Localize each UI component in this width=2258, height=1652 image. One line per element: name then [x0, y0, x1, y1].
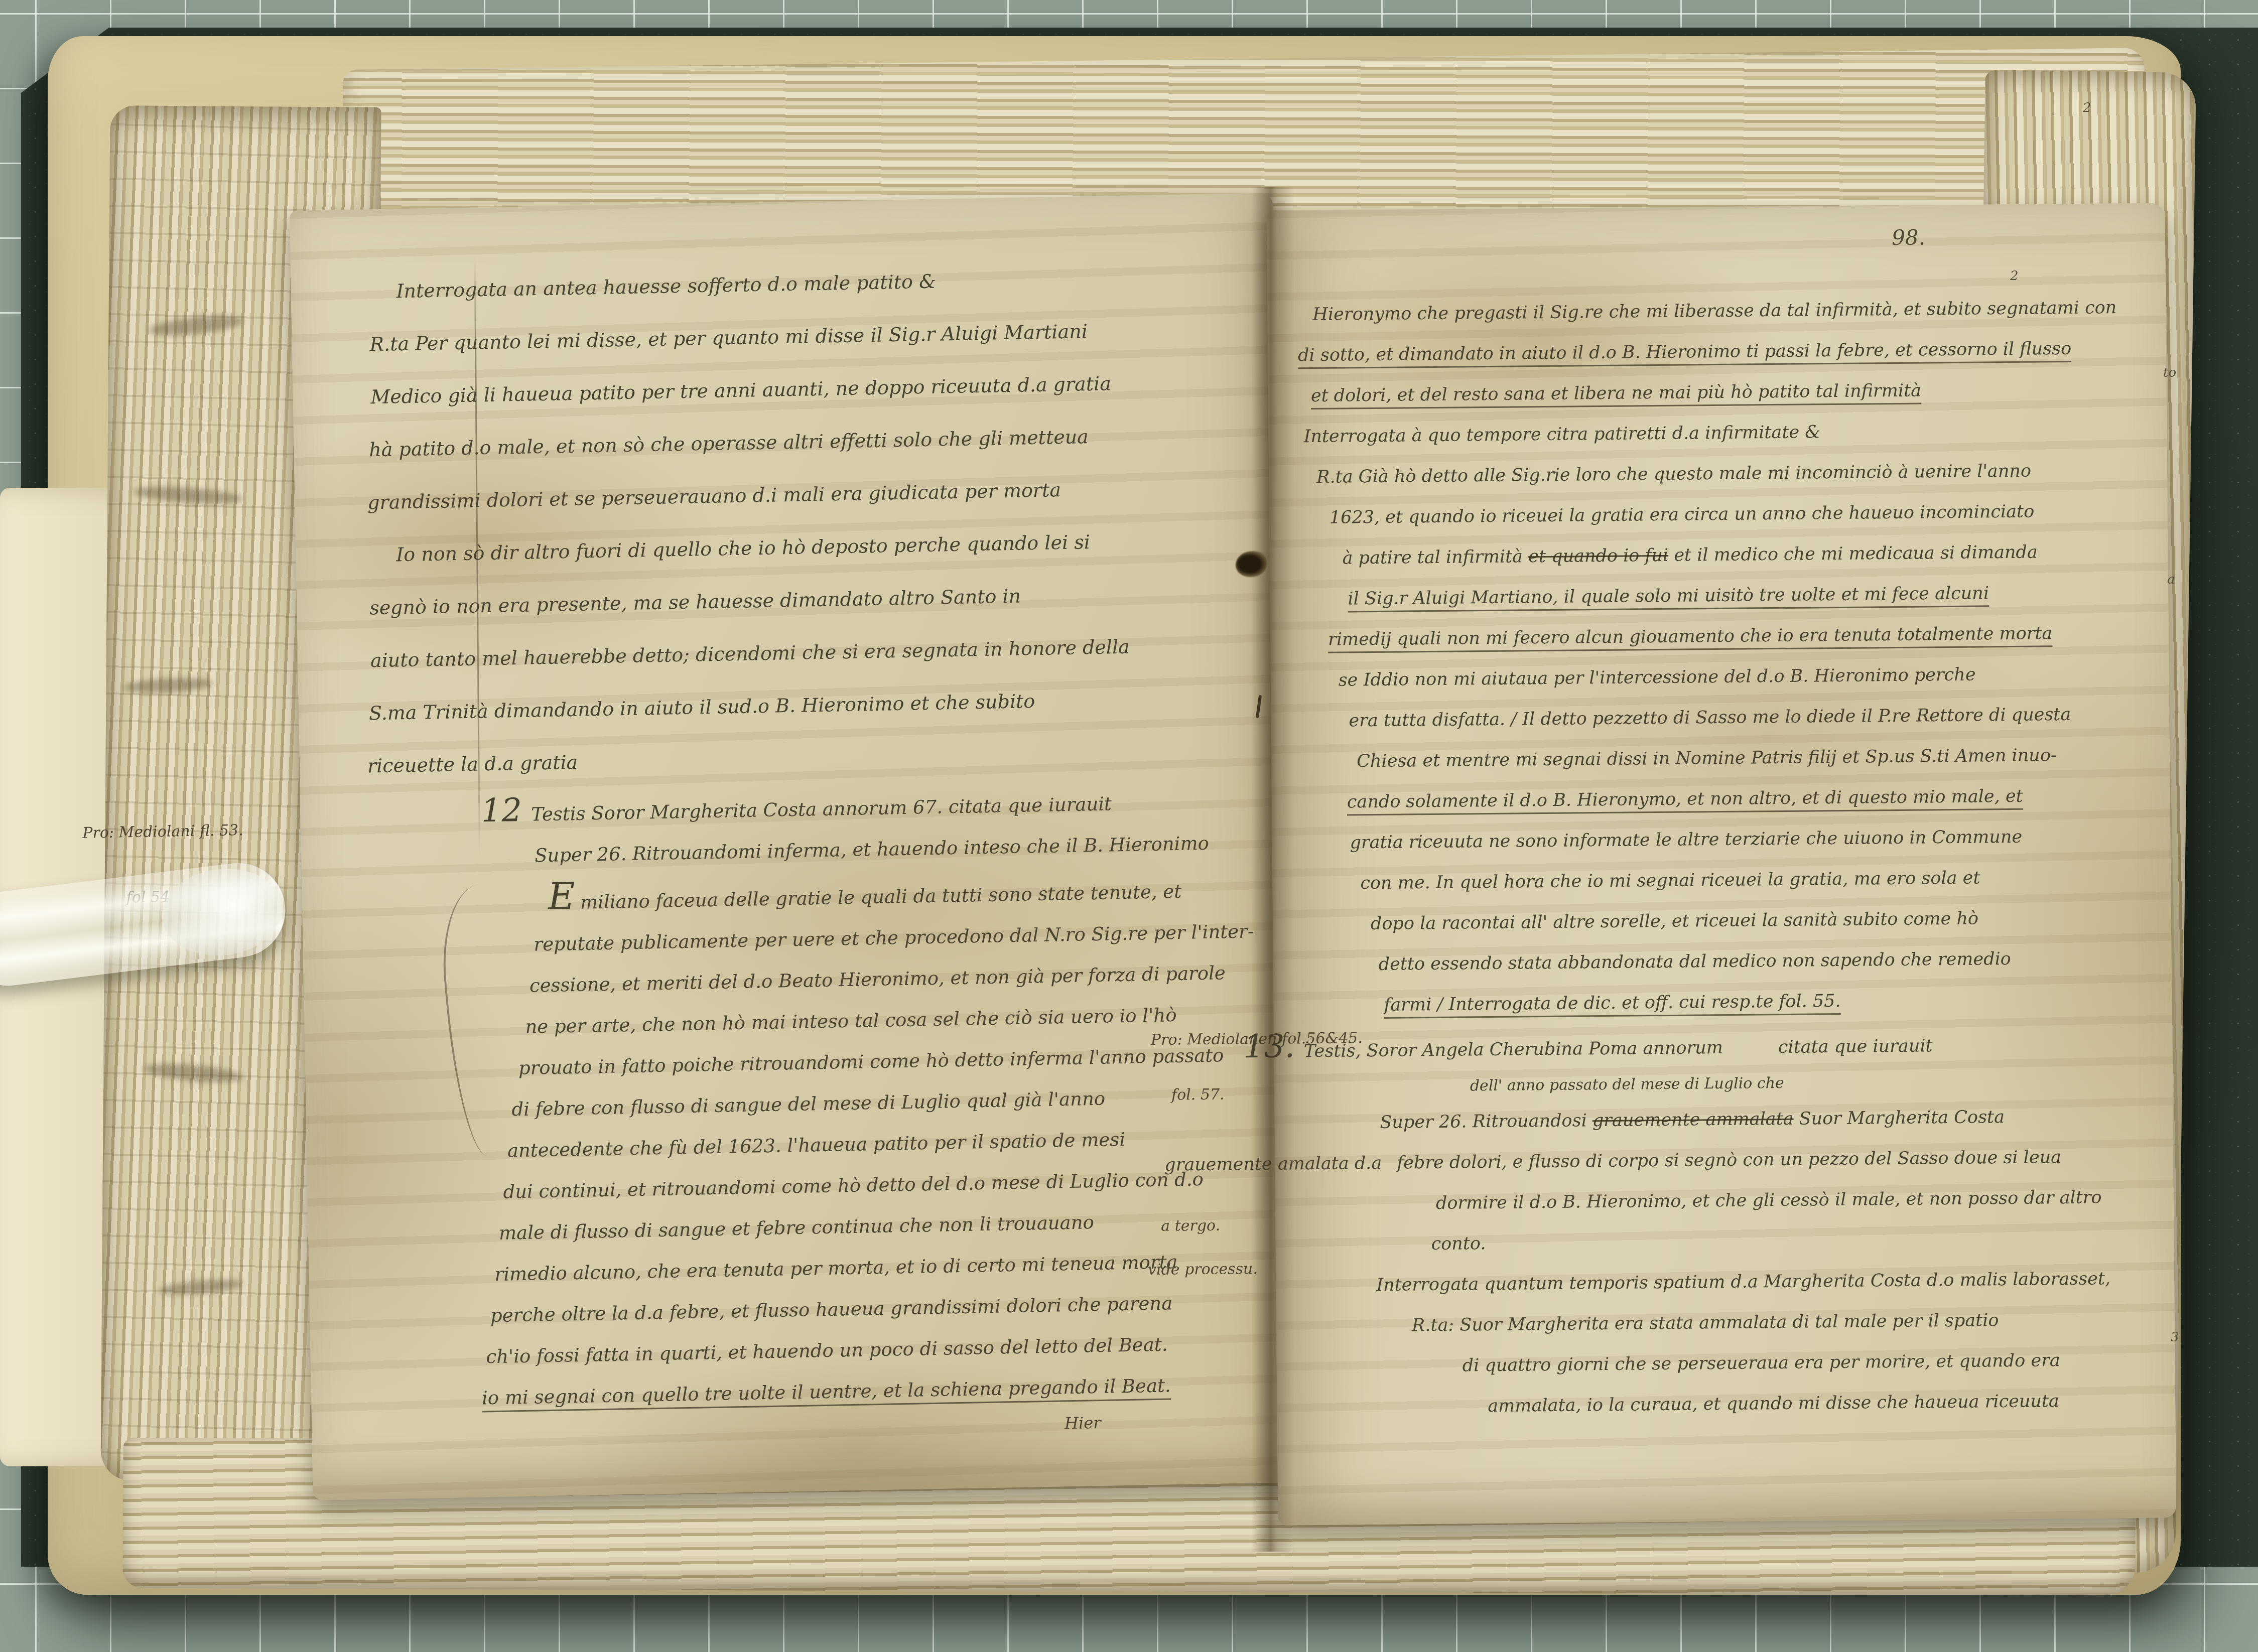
margin-note-fol53: Pro: Mediolani fl. 53.	[82, 821, 243, 842]
manuscript-line: con me. In quel hora che io mi segnai ri…	[1360, 856, 2171, 904]
manuscript-line: Super 26. Ritrouandosi grauemente ammala…	[1380, 1095, 2173, 1143]
heading-text: Testis, Soror Angela Cherubina Poma anno…	[1304, 1038, 1723, 1061]
section-heading-13: 13.Testis, Soror Angela Cherubina Poma a…	[1244, 1019, 2173, 1072]
line-text: Suor Margherita Costa	[1793, 1107, 2005, 1129]
margin-note-a-tergo: a tergo.	[1161, 1217, 1220, 1235]
manuscript-line: 1623, et quando io riceuei la gratia era…	[1330, 490, 2168, 538]
heading-text: Testis Soror Margherita Costa annorum 67…	[531, 793, 1112, 825]
manuscript-line: di sotto, et dimandato in aiuto il d.o B…	[1298, 328, 2167, 376]
left-page-text: Interrogata an antea hauesse sofferto d.…	[290, 193, 1295, 1422]
manuscript-line: di quattro giorni che se perseueraua era…	[1462, 1339, 2175, 1386]
manuscript-line: R.ta Già hò detto alle Sig.rie loro che …	[1316, 450, 2168, 498]
manuscript-line: rimedij quali non mi fecero alcun giouam…	[1328, 612, 2169, 660]
line-text: Super 26. Ritrouandosi	[1380, 1111, 1592, 1133]
manuscript-line: Interrogata quantum temporis spatium d.a…	[1376, 1258, 2175, 1306]
edge-mark: 2	[2083, 100, 2091, 115]
manuscript-line: conto.	[1431, 1217, 2174, 1265]
section-number: 12	[481, 792, 522, 830]
manuscript-line: cando solamente il d.o B. Hieronymo, et …	[1347, 775, 2171, 822]
catchword: Hier	[1065, 1413, 1101, 1433]
struck-text: et quando io fui	[1528, 545, 1668, 567]
manuscript-line: se Iddio non mi aiutaua per l'intercessi…	[1338, 653, 2169, 701]
manuscript-line: era tutta disfatta. / Il detto pezzetto …	[1349, 694, 2170, 741]
manuscript-line: Hieronymo che pregasti il Sig.re che mi …	[1312, 287, 2166, 335]
manuscript-book: Interrogata an antea hauesse sofferto d.…	[48, 36, 2181, 1595]
margin-note-fol57: fol. 57.	[1171, 1086, 1225, 1104]
manuscript-line: gratia riceuuta ne sono informate le alt…	[1350, 815, 2171, 863]
right-page: 98. Hieronymo che pregasti il Sig.re che…	[1267, 203, 2177, 1526]
ink-blot	[1236, 551, 1267, 577]
manuscript-line: R.ta: Suor Margherita era stata ammalata…	[1412, 1299, 2175, 1346]
line-text: et il medico che mi medicaua si dimanda	[1668, 542, 2038, 565]
manuscript-line: à patire tal infirmità et quando io fui …	[1342, 531, 2168, 579]
left-page: Interrogata an antea hauesse sofferto d.…	[290, 193, 1297, 1500]
heading-text-right: citata que iurauit	[1778, 1026, 1933, 1068]
manuscript-line: dopo la racontai all' altre sorelle, et …	[1371, 897, 2172, 944]
initial-capital: E	[548, 875, 576, 918]
manuscript-photo: Interrogata an antea hauesse sofferto d.…	[0, 0, 2258, 1652]
manuscript-line: ammalata, io la curaua, et quando mi dis…	[1488, 1380, 2176, 1427]
right-page-text: Hieronymo che pregasti il Sig.re che mi …	[1267, 203, 2176, 1429]
edge-mark: 2	[2010, 268, 2019, 284]
manuscript-line: Interrogata à quo tempore citra patirett…	[1303, 409, 2167, 457]
edge-mark: a	[2167, 572, 2175, 587]
manuscript-line: dormire il d.o B. Hieronimo, et che gli …	[1436, 1177, 2174, 1224]
manuscript-line: il Sig.r Aluigi Martiano, il quale solo …	[1348, 572, 2169, 619]
edge-mark: 3	[2171, 1330, 2179, 1345]
manuscript-line: et dolori, et del resto sana et libera n…	[1310, 368, 2167, 417]
line-text: miliano faceua delle gratie le quali da …	[580, 881, 1182, 913]
edge-mark: to	[2163, 365, 2176, 380]
manuscript-line: Chiesa et mentre mi segnai dissi in Nomi…	[1357, 734, 2170, 782]
book-gutter	[1251, 187, 1294, 1552]
manuscript-line: detto essendo stata abbandonata dal medi…	[1378, 937, 2172, 985]
struck-text: grauemente ammalata	[1592, 1109, 1794, 1131]
margin-note-vide-processu: vide processu.	[1148, 1260, 1258, 1279]
manuscript-line: farmi / Interrogata de dic. et off. cui …	[1384, 978, 2172, 1026]
line-text: à patire tal infirmità	[1342, 546, 1528, 568]
line-text: febre dolori, e flusso di corpo si segnò…	[1397, 1147, 2061, 1173]
